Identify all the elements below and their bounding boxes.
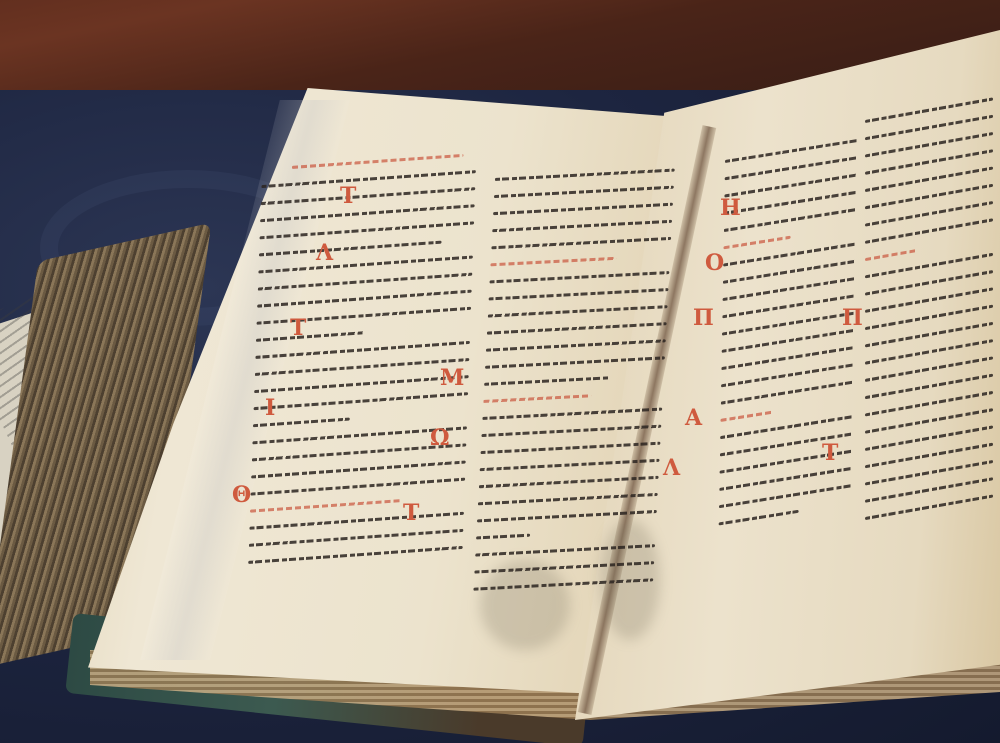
rubric-initial: Τ xyxy=(403,500,419,526)
rubric-initial: Μ xyxy=(440,365,464,391)
rubric-initial: Ο xyxy=(705,250,724,276)
left-page-column-2 xyxy=(473,169,675,605)
rubric-initial: Ω xyxy=(430,425,450,451)
rubric-initial: Π xyxy=(693,305,714,331)
rubric-initial: Θ xyxy=(232,482,251,508)
manuscript-photo: Τ Λ Τ Ι Θ Μ Ω Τ Η Ο Π Α Λ Π Τ Open medie… xyxy=(0,0,1000,743)
rubric-initial: Η xyxy=(720,195,741,221)
rubric-initial: Ι xyxy=(265,395,275,421)
rubric-initial: Τ xyxy=(340,183,356,209)
right-page-column-2 xyxy=(865,97,993,534)
rubric-initial: Τ xyxy=(822,440,838,466)
rubric-initial: Τ xyxy=(290,315,306,341)
rubric-initial: Λ xyxy=(316,240,333,266)
rubric-initial: Α xyxy=(685,405,702,431)
rubric-initial: Λ xyxy=(663,455,680,481)
rubric-initial: Π xyxy=(842,305,863,331)
